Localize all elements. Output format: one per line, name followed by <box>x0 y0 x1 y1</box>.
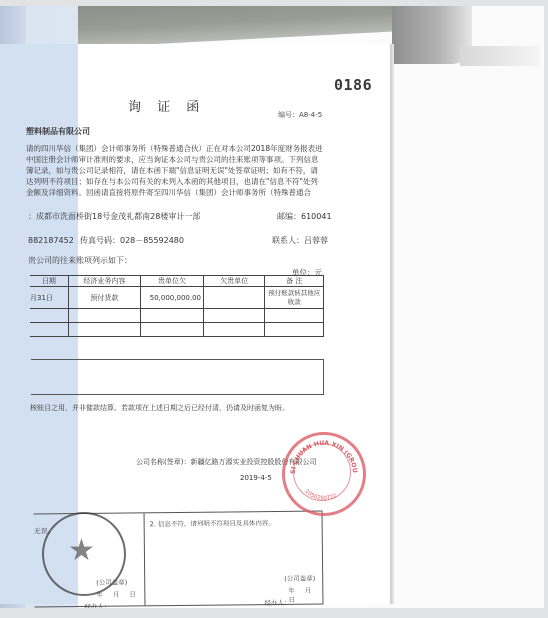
page-title: 询 证 函 <box>128 96 205 115</box>
header-content: 经济业务内容 <box>68 276 140 287</box>
cell-amount: 50,000,000.00 <box>141 287 204 309</box>
cell-date <box>30 309 68 323</box>
cell-owed <box>203 287 264 309</box>
cell-remarks: 预付账款转其他应收款 <box>265 287 324 309</box>
other-items-box <box>31 359 324 395</box>
fax-number: 传真号码：028－85592480 <box>80 236 184 246</box>
intro-line: 贵公司的往来账项列示如下： <box>28 256 132 266</box>
viewer-bottom-bar <box>0 608 548 618</box>
header-remarks: 备 注 <box>265 276 324 287</box>
table-row: 月31日 预付货款 50,000,000.00 预付账款转其他应收款 <box>30 287 324 309</box>
cell-content: 预付货款 <box>68 287 140 309</box>
page-number: 0186 <box>334 76 372 94</box>
cell-remarks <box>265 309 324 323</box>
note-line: 核账目之用，并非催款结算。若款项在上述日期之后已经付清，仍请及时函复为盼。 <box>30 403 289 413</box>
body-line: 金额及详细资料。回函请直接将原件寄至四川华信（集团）会计师事务所（特殊普通合 <box>26 187 326 198</box>
cell-date <box>30 323 68 337</box>
phone-number: 882187452 <box>28 236 74 246</box>
viewer-right-frame <box>544 6 548 608</box>
letter-body: 请的四川华信（集团）会计师事务所（特殊普通合伙）正在对本公司2018年度财务报表… <box>26 143 326 198</box>
cell-owed <box>203 309 264 323</box>
body-line: 达列明不符项目；如存在与本公司有关的未列入本函的其他项目，也请在"信息不符"处列 <box>26 176 326 187</box>
table-row <box>30 309 324 323</box>
auditor-stamp: SI CHUAN HUA XIN (GROUP) CPA (LLP) 10502… <box>282 432 366 516</box>
underlying-sheet <box>370 6 548 608</box>
header-owed-to-you: 欠贵单位 <box>203 276 264 287</box>
addressee: 塑料制品有限公司 <box>26 126 90 137</box>
reply-handler-label: 经办人： <box>264 598 290 607</box>
svg-text:1050250722: 1050250722 <box>303 489 337 502</box>
body-line: 簿记录，如与贵公司记录相符，请在本函下端"信息证明无误"处签章证明；如有不符，请 <box>26 165 326 176</box>
cell-content <box>68 309 140 323</box>
cell-amount <box>141 323 204 337</box>
reply-divider <box>144 513 146 605</box>
table-header-row: 日期 经济业务内容 贵单位欠 欠贵单位 备 注 <box>30 276 324 287</box>
contact-person: 联系人：吕蓉蓉 <box>272 236 328 246</box>
header-date: 日期 <box>30 276 68 287</box>
body-line: 请的四川华信（集团）会计师事务所（特殊普通合伙）正在对本公司2018年度财务报表… <box>26 143 326 154</box>
page-right-edge <box>390 44 394 604</box>
auditor-stamp-text: SI CHUAN HUA XIN (GROUP) CPA (LLP) 10502… <box>285 435 363 513</box>
svg-text:SI CHUAN HUA XIN (GROUP) CPA (: SI CHUAN HUA XIN (GROUP) CPA (LLP) <box>285 435 358 474</box>
body-line: 中国注册会计师审计准则的要求，应当询证本公司与贵公司的往来账项等事项。下列信息 <box>26 154 326 165</box>
sender-date: 2019-4-5 <box>240 474 272 482</box>
table-row <box>30 323 324 337</box>
cell-amount <box>141 309 204 323</box>
header-owed-by-you: 贵单位欠 <box>141 276 204 287</box>
cell-content <box>68 323 140 337</box>
binder-shadow-fade <box>460 46 540 66</box>
postcode: 邮编：610041 <box>277 212 332 222</box>
balance-table: 日期 经济业务内容 贵单位欠 欠贵单位 备 注 月31日 预付货款 50,000… <box>30 275 324 337</box>
company-stamp: ★ <box>42 512 126 596</box>
address-line: ：成都市洗面桥街18号金茂礼都南28楼审计一部 <box>28 212 200 222</box>
cell-owed <box>203 323 264 337</box>
star-icon: ★ <box>68 536 95 566</box>
reply-date-label: 年 月 日 <box>288 585 322 603</box>
serial-number: 编号：A8-4-5 <box>278 110 322 120</box>
cell-date: 月31日 <box>30 287 68 309</box>
reply-seal-label: (公司盖章) <box>284 574 315 583</box>
reply-mismatch-label: 2. 信息不符，请列明不符项目及具体内容。 <box>150 518 275 528</box>
cell-remarks <box>265 323 324 337</box>
